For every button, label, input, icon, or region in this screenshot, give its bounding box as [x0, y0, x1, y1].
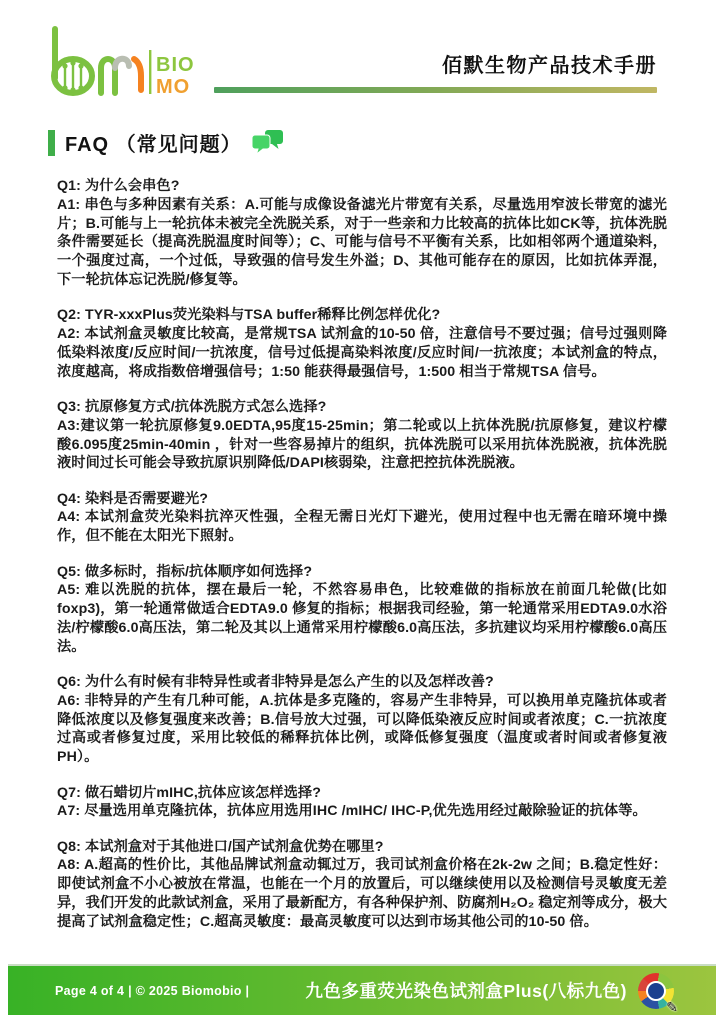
faq-answer: A8: A.超高的性价比，其他品牌试剂盒动辄过万，我司试剂盒价格在2k-2w 之… [57, 856, 667, 931]
faq-answer: A5: 难以洗脱的抗体，摆在最后一轮，不然容易串色，比较难做的指标放在前面几轮做… [57, 581, 667, 656]
faq-answer: A2: 本试剂盒灵敏度比较高，是常规TSA 试剂盒的10-50 倍，注意信号不要… [57, 325, 667, 381]
faq-question: Q8: 本试剂盒对于其他进口/国产试剂盒优势在哪里? [57, 838, 667, 857]
header: BIO MO 佰默生物产品技术手册 [0, 0, 724, 105]
page: BIO MO 佰默生物产品技术手册 FAQ （常见问题） Q1: 为什么会串色?… [0, 0, 724, 1024]
faq-question: Q5: 做多标时，指标/抗体顺序如何选择? [57, 563, 667, 582]
faq-question: Q4: 染料是否需要避光? [57, 490, 667, 509]
faq-item: Q6: 为什么有时候有非特异性或者非特异是怎么产生的以及怎样改善? A6: 非特… [57, 673, 667, 767]
pencil-icon: ✎ [666, 1000, 678, 1014]
section-title: FAQ （常见问题） [65, 128, 242, 157]
faq-question: Q6: 为什么有时候有非特异性或者非特异是怎么产生的以及怎样改善? [57, 673, 667, 692]
faq-question: Q3: 抗原修复方式/抗体洗脱方式怎么选择? [57, 398, 667, 417]
faq-answer: A3:建议第一轮抗原修复9.0EDTA,95度15-25min；第二轮或以上抗体… [57, 417, 667, 473]
faq-question: Q7: 做石蜡切片mIHC,抗体应该怎样选择? [57, 784, 667, 803]
faq-item: Q5: 做多标时，指标/抗体顺序如何选择? A5: 难以洗脱的抗体，摆在最后一轮… [57, 563, 667, 657]
faq-question: Q1: 为什么会串色? [57, 177, 667, 196]
faq-answer: A6: 非特异的产生有几种可能，A.抗体是多克隆的，容易产生非特异，可以换用单克… [57, 692, 667, 767]
faq-list: Q1: 为什么会串色? A1: 串色与多种因素有关系：A.可能与成像设备滤光片带… [57, 177, 667, 932]
dna-logo-icon: BIO MO [46, 26, 210, 100]
faq-item: Q1: 为什么会串色? A1: 串色与多种因素有关系：A.可能与成像设备滤光片带… [57, 177, 667, 290]
faq-item: Q2: TYR-xxxPlus荧光染料与TSA buffer稀释比例怎样优化? … [57, 306, 667, 381]
page-indicator: Page 4 of 4 | © 2025 Biomobio | [55, 984, 249, 998]
biomo-logo: BIO MO [46, 26, 210, 105]
footer: Page 4 of 4 | © 2025 Biomobio | 九色多重荧光染色… [8, 966, 716, 1015]
section-marker-bar [48, 130, 55, 156]
faq-answer: A4: 本试剂盒荧光染料抗淬灭性强，全程无需日光灯下避光，使用过程中也无需在暗环… [57, 508, 667, 546]
faq-heading: FAQ （常见问题） [48, 128, 724, 157]
faq-question: Q2: TYR-xxxPlus荧光染料与TSA buffer稀释比例怎样优化? [57, 306, 667, 325]
faq-item: Q4: 染料是否需要避光? A4: 本试剂盒荧光染料抗淬灭性强，全程无需日光灯下… [57, 490, 667, 546]
header-divider [214, 87, 657, 93]
header-right: 佰默生物产品技术手册 [214, 26, 657, 93]
product-name: 九色多重荧光染色试剂盒Plus(八标九色) [305, 978, 627, 1003]
faq-item: Q7: 做石蜡切片mIHC,抗体应该怎样选择? A7: 尽量选用单克隆抗体，抗体… [57, 784, 667, 822]
page-title: 佰默生物产品技术手册 [214, 54, 657, 78]
faq-answer: A1: 串色与多种因素有关系：A.可能与成像设备滤光片带宽有关系，尽量选用窄波长… [57, 196, 667, 290]
logo-text-bio: BIO [156, 54, 195, 76]
chat-bubbles-icon [252, 129, 284, 156]
faq-item: Q3: 抗原修复方式/抗体洗脱方式怎么选择? A3:建议第一轮抗原修复9.0ED… [57, 398, 667, 473]
logo-text-mo: MO [156, 76, 190, 98]
faq-answer: A7: 尽量选用单克隆抗体，抗体应用选用IHC /mIHC/ IHC-P,优先选… [57, 802, 667, 821]
faq-item: Q8: 本试剂盒对于其他进口/国产试剂盒优势在哪里? A8: A.超高的性价比，… [57, 838, 667, 932]
color-wheel-badge-icon: ✎ [638, 973, 674, 1009]
color-wheel-center [646, 981, 666, 1001]
